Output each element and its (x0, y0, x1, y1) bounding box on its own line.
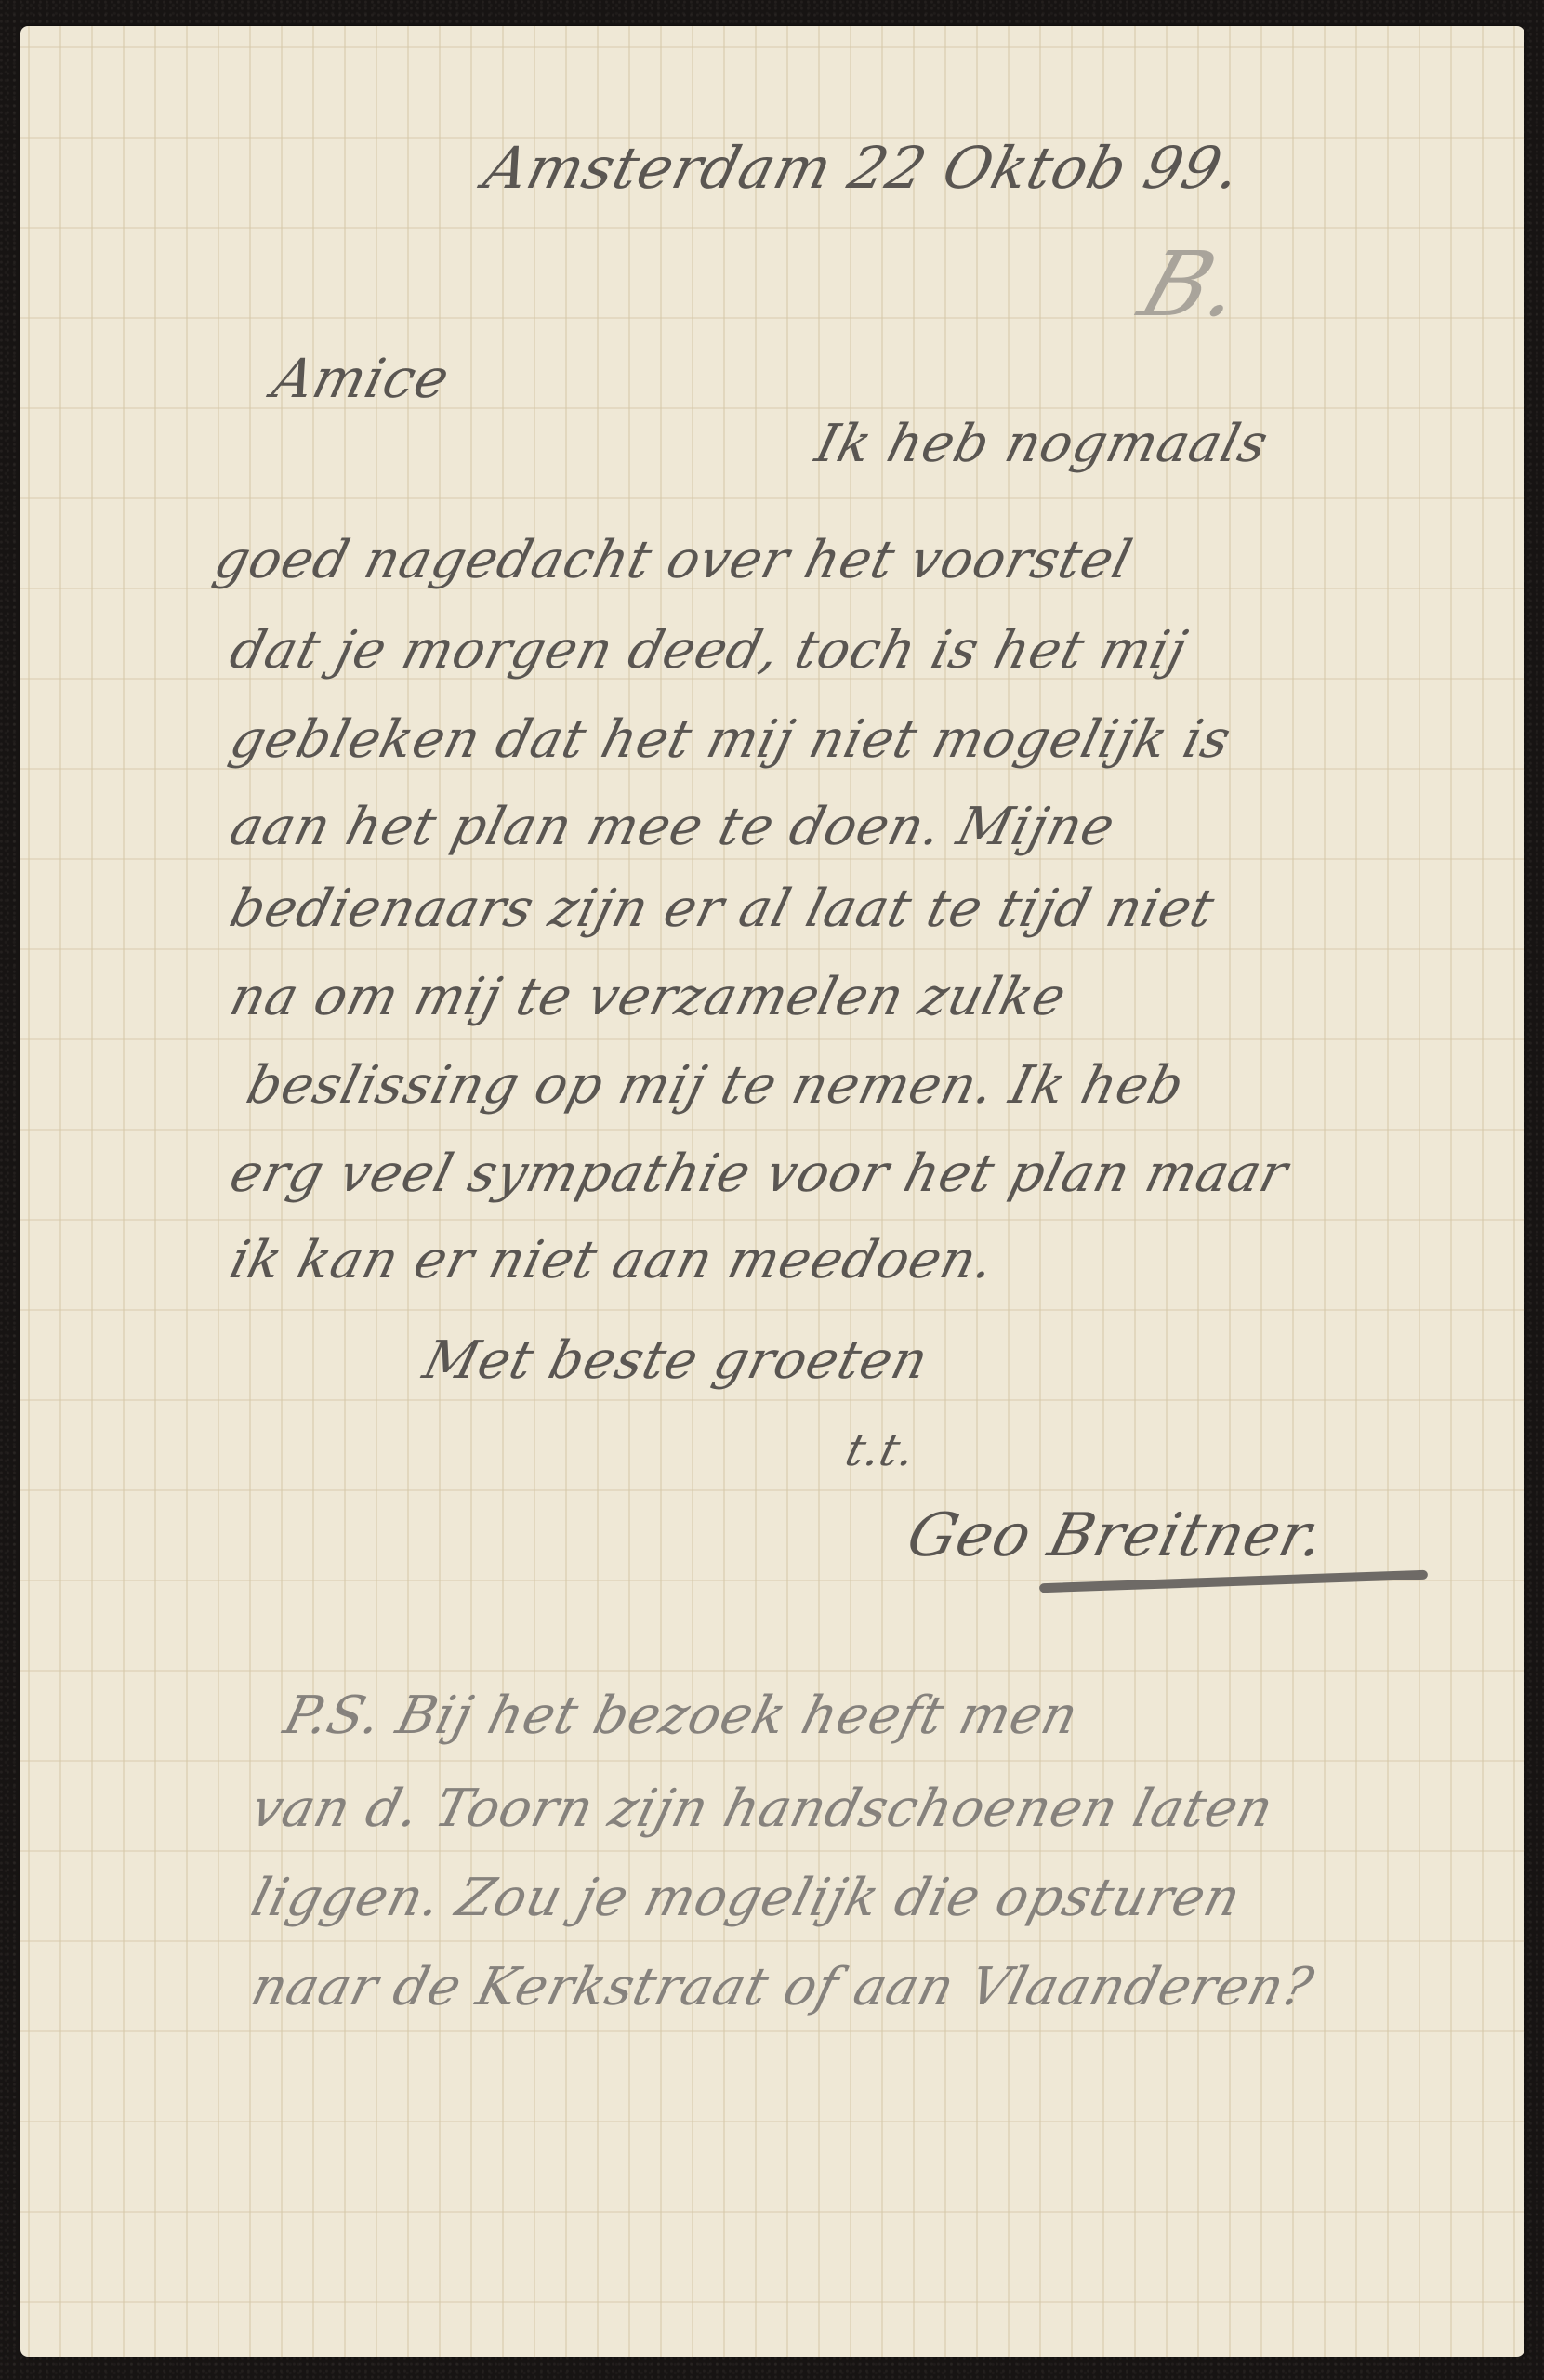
postscript-line-3: liggen. Zou je mogelijk die opsturen (246, 1872, 1246, 1924)
body-line-4: gebleken dat het mij niet mogelijk is (225, 714, 1236, 766)
body-line-6: bedienaars zijn er al laat te tijd niet (225, 883, 1220, 935)
body-line-3: dat je morgen deed, toch is het mij (225, 625, 1193, 677)
postscript-line-4: naar de Kerkstraat of aan Vlaanderen? (246, 1962, 1318, 2014)
postscript-line-2: van d. Toorn zijn handschoenen laten (246, 1783, 1278, 1835)
salutation: Amice (268, 351, 455, 405)
body-line-7: na om mij te verzamelen zulke (225, 972, 1072, 1024)
body-line-8: beslissing op mij te nemen. Ik heb (242, 1060, 1190, 1112)
body-line-1: Ik heb nogmaals (811, 418, 1273, 470)
postscript-line-1: P.S. Bij het bezoek heeft men (279, 1690, 1084, 1742)
body-line-9: erg veel sympathie voor het plan maar (225, 1148, 1293, 1200)
closing-greeting: Met beste groeten (418, 1335, 933, 1387)
signature: Geo Breitner. (902, 1506, 1331, 1566)
body-line-2: goed nagedacht over het voorstel (209, 535, 1137, 587)
place-date-line: Amsterdam 22 Oktob 99. (479, 139, 1247, 197)
body-line-10: ik kan er niet aan meedoen. (225, 1235, 1000, 1287)
closing-tt: t.t. (841, 1428, 920, 1473)
body-line-5: aan het plan mee te doen. Mijne (225, 801, 1120, 853)
